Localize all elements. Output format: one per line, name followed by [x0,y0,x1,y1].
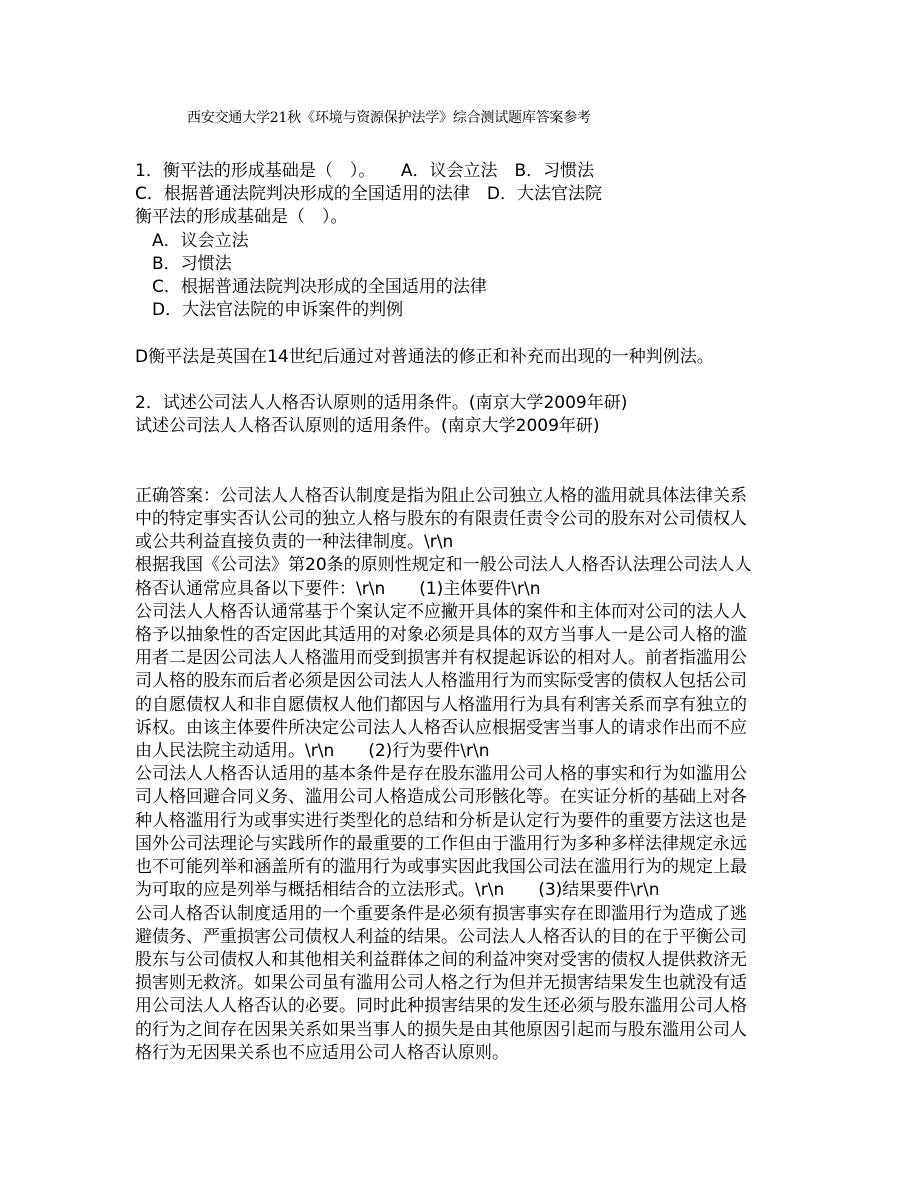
text-line: 公司法人人格否认通常基于个案认定不应撇开具体的案件和主体而对公司的法人人 [135,601,835,624]
text-line: 也不可能列举和涵盖所有的滥用行为或事实因此我国公司法在滥用行为的规定上最 [135,856,835,879]
text-line: 损害则无救济。如果公司虽有滥用公司人格之行为但并无损害结果发生也就没有适 [135,972,835,995]
text-line: D衡平法是英国在14世纪后通过对普通法的修正和补充而出现的一种判例法。 [135,346,835,369]
text-line [135,462,835,485]
text-line: 用者二是因公司法人人格滥用而受到损害并有权提起诉讼的相对人。前者指滥用公 [135,647,835,670]
text-line: 国外公司法理论与实践所作的最重要的工作但由于滥用行为多种多样法律规定永远 [135,833,835,856]
text-line: 衡平法的形成基础是（ ）。 [135,206,835,229]
text-line: 避债务、严重损害公司债权人利益的结果。公司法人人格否认的目的在于平衡公司 [135,926,835,949]
text-line: 或公共利益直接负责的一种法律制度。\r\n [135,531,835,554]
text-line: 公司法人人格否认适用的基本条件是存在股东滥用公司人格的事实和行为如滥用公 [135,763,835,786]
text-line: 司人格的股东而后者必须是因公司法人人格滥用行为而实际受害的债权人包括公司 [135,670,835,693]
text-line: A．议会立法 [135,230,835,253]
text-line [135,369,835,392]
text-line: 股东与公司债权人和其他相关利益群体之间的利益冲突对受害的债权人提供救济无 [135,949,835,972]
text-line [135,438,835,461]
text-line: 格予以抽象性的否定因此其适用的对象必须是具体的双方当事人一是公司人格的滥 [135,624,835,647]
text-line: C．根据普通法院判决形成的全国适用的法律 [135,276,835,299]
text-line: C．根据普通法院判决形成的全国适用的法律 D．大法官法院 [135,183,835,206]
text-line: 的自愿债权人和非自愿债权人他们都因与人格滥用行为具有利害关系而享有独立的 [135,694,835,717]
text-line: 试述公司法人人格否认原则的适用条件。(南京大学2009年研) [135,415,835,438]
text-line: 正确答案：公司法人人格否认制度是指为阻止公司独立人格的滥用就具体法律关系 [135,485,835,508]
text-line: 种人格滥用行为或事实进行类型化的总结和分析是认定行为要件的重要方法这也是 [135,810,835,833]
text-line: 格否认通常应具备以下要件：\r\n (1)主体要件\r\n [135,578,835,601]
text-line: 格行为无因果关系也不应适用公司人格否认原则。 [135,1042,835,1065]
text-line: 诉权。由该主体要件所决定公司法人人格否认应根据受害当事人的请求作出而不应 [135,717,835,740]
text-line [135,322,835,345]
text-line: 根据我国《公司法》第20条的原则性规定和一般公司法人人格否认法理公司法人人 [135,554,835,577]
text-line: B．习惯法 [135,253,835,276]
text-line: 的行为之间存在因果关系如果当事人的损失是由其他原因引起而与股东滥用公司人 [135,1019,835,1042]
text-line: D．大法官法院的申诉案件的判例 [135,299,835,322]
text-line: 为可取的应是列举与概括相结合的立法形式。\r\n (3)结果要件\r\n [135,879,835,902]
document-body: 1．衡平法的形成基础是（ ）。 A．议会立法 B．习惯法C．根据普通法院判决形成… [135,160,835,1065]
text-line: 由人民法院主动适用。\r\n (2)行为要件\r\n [135,740,835,763]
text-line: 司人格回避合同义务、滥用公司人格造成公司形骸化等。在实证分析的基础上对各 [135,786,835,809]
text-line: 1．衡平法的形成基础是（ ）。 A．议会立法 B．习惯法 [135,160,835,183]
text-line: 用公司法人人格否认的必要。同时此种损害结果的发生还必须与股东滥用公司人格 [135,995,835,1018]
document-title: 西安交通大学21秋《环境与资源保护法学》综合测试题库答案参考 [187,107,591,127]
text-line: 公司人格否认制度适用的一个重要条件是必须有损害事实存在即滥用行为造成了逃 [135,903,835,926]
text-line: 2．试述公司法人人格否认原则的适用条件。(南京大学2009年研) [135,392,835,415]
document-page: 西安交通大学21秋《环境与资源保护法学》综合测试题库答案参考 1．衡平法的形成基… [0,0,920,1191]
text-line: 中的特定事实否认公司的独立人格与股东的有限责任责令公司的股东对公司债权人 [135,508,835,531]
